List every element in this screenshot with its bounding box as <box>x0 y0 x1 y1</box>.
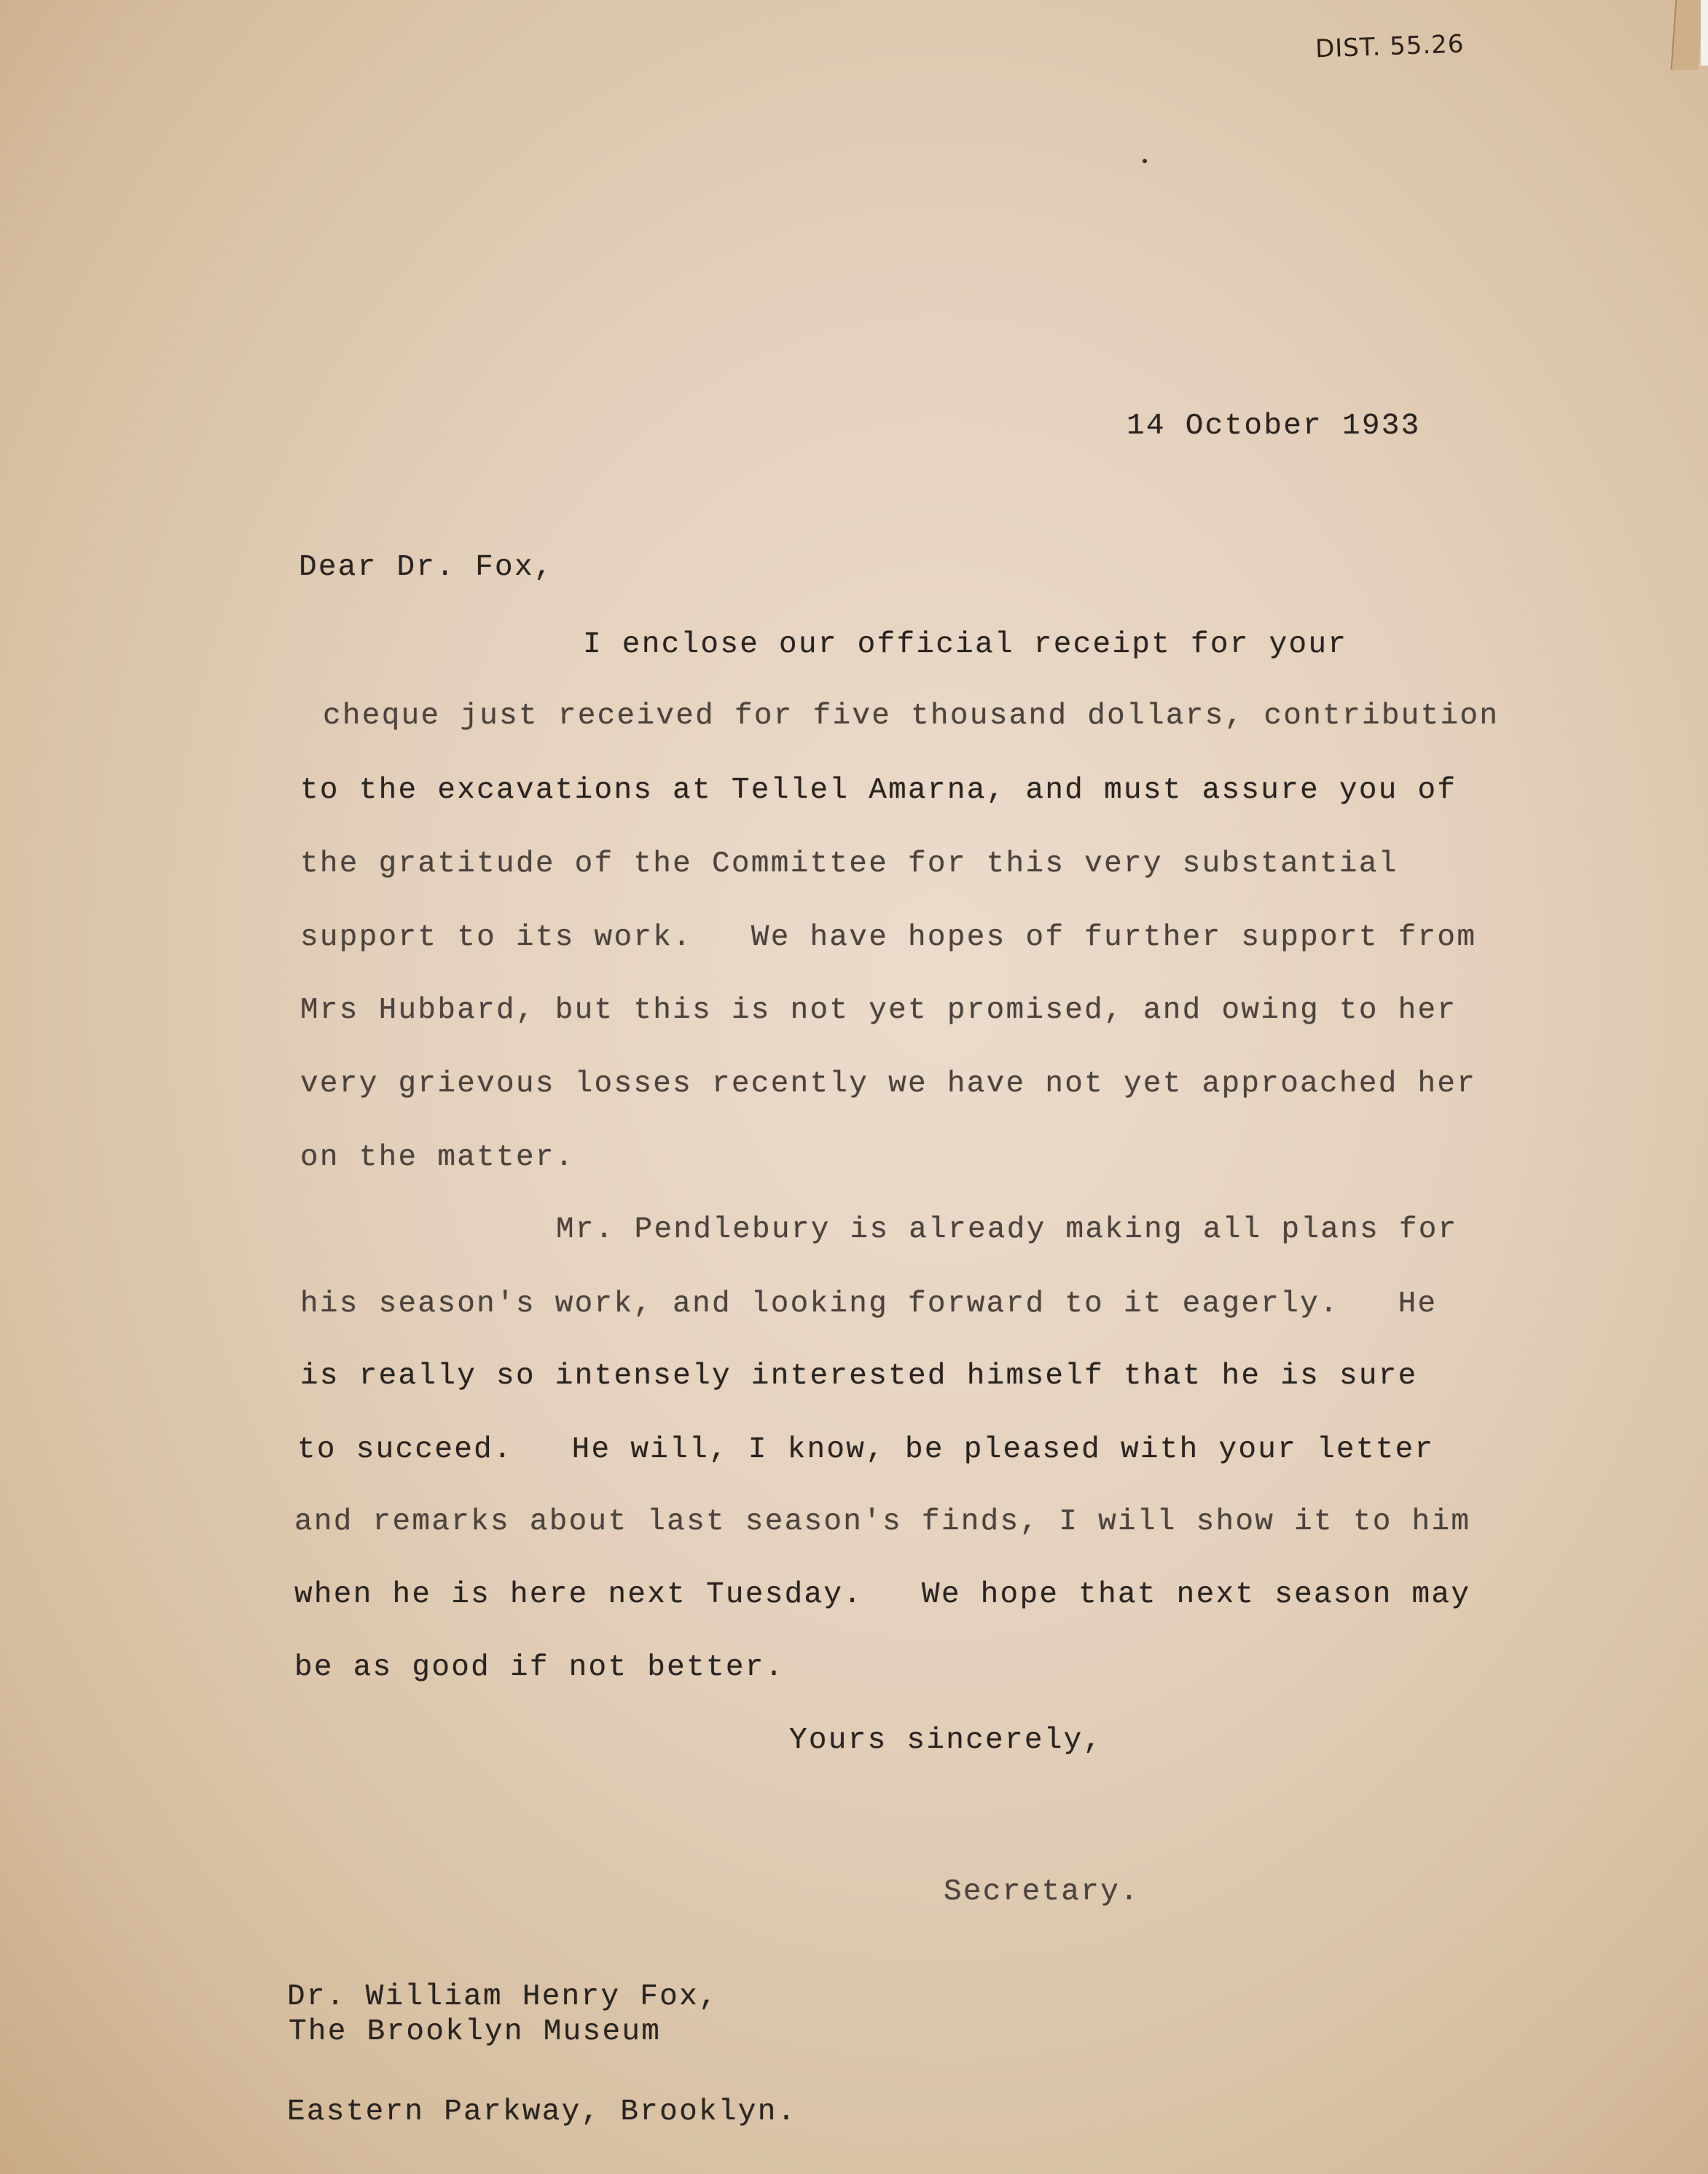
recipient-street: Eastern Parkway, Brooklyn. <box>287 2095 797 2129</box>
signature-title: Secretary. <box>944 1875 1140 1909</box>
closing: Yours sincerely, <box>789 1724 1102 1757</box>
paragraph-line: the gratitude of the Committee for this … <box>300 847 1398 881</box>
paragraph-line: Mrs Hubbard, but this is not yet promise… <box>300 994 1457 1027</box>
paragraph-line: is really so intensely interested himsel… <box>300 1359 1418 1393</box>
letter-date: 14 October 1933 <box>1127 409 1421 443</box>
paragraph-line: very grievous losses recently we have no… <box>300 1067 1476 1101</box>
paragraph-line: on the matter. <box>300 1141 575 1174</box>
ink-speck <box>1143 159 1147 163</box>
tape-strip <box>1671 0 1704 70</box>
archive-mark: DIST. 55.26 <box>1315 29 1465 63</box>
salutation: Dear Dr. Fox, <box>299 551 554 584</box>
paragraph-line: I enclose our official receipt for your <box>583 628 1347 662</box>
paragraph-line: and remarks about last season's finds, I… <box>294 1505 1470 1539</box>
paragraph-line: be as good if not better. <box>294 1651 785 1684</box>
page-edge <box>1701 0 1708 66</box>
paragraph-line: cheque just received for five thousand d… <box>323 699 1499 733</box>
paragraph-line: when he is here next Tuesday. We hope th… <box>294 1578 1470 1612</box>
paragraph-line: support to its work. We have hopes of fu… <box>300 921 1476 954</box>
paragraph-line: Mr. Pendlebury is already making all pla… <box>556 1213 1458 1247</box>
paragraph-line: to succeed. He will, I know, be pleased … <box>297 1433 1434 1467</box>
paragraph-line: his season's work, and looking forward t… <box>300 1287 1437 1321</box>
recipient-institution: The Brooklyn Museum <box>289 2015 661 2049</box>
paragraph-line: to the excavations at Tellel Amarna, and… <box>300 774 1457 807</box>
recipient-name: Dr. William Henry Fox, <box>287 1980 718 2014</box>
